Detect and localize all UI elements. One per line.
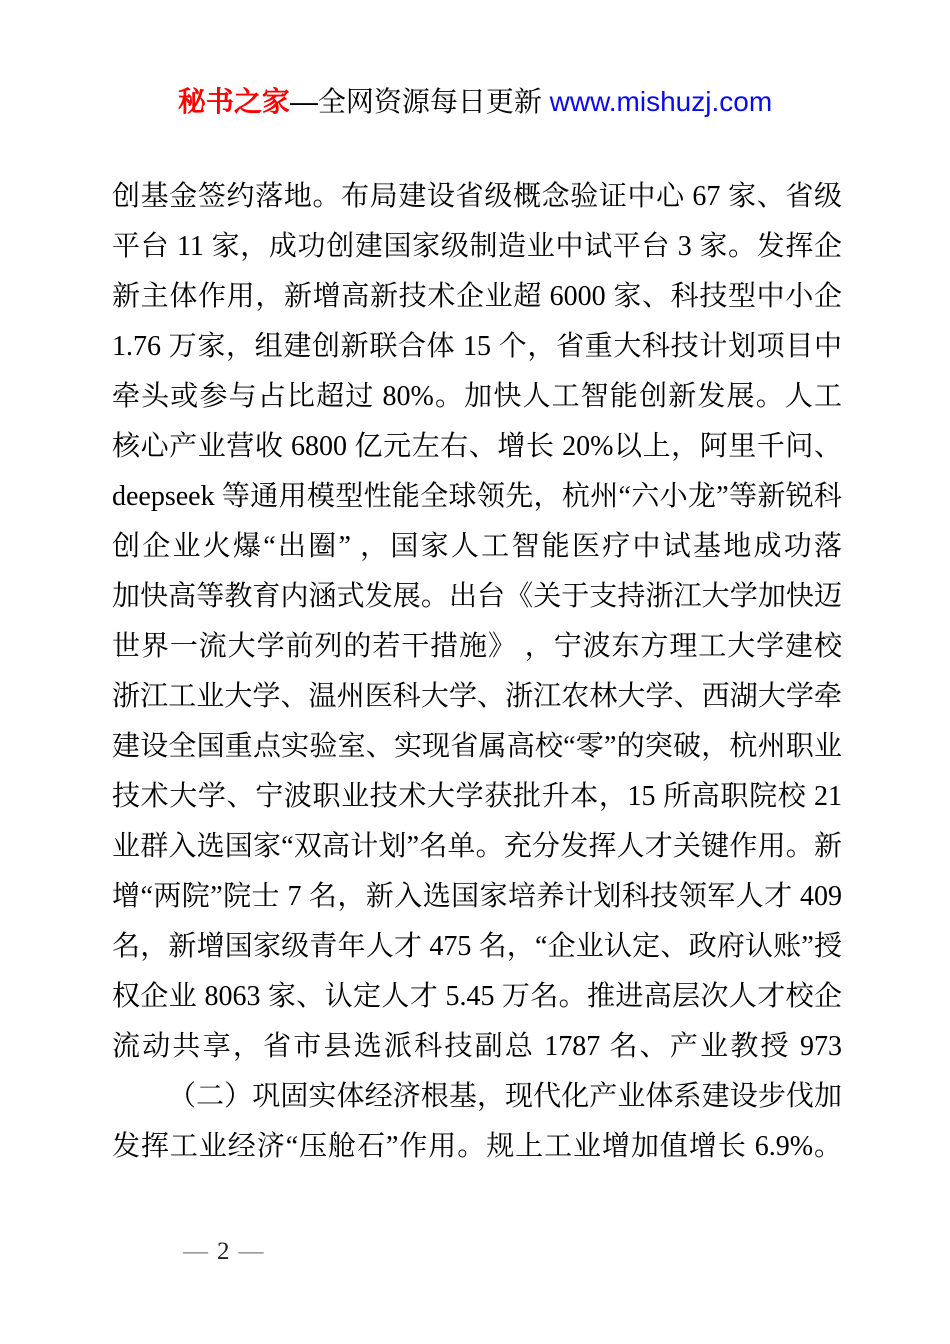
document-page: 秘书之家—全网资源每日更新 www.mishuzj.com 创基金签约落地。布局…	[0, 0, 950, 1344]
body-text-line: 加快高等教育内涵式发展。出台《关于支持浙江大学加快迈向	[112, 572, 842, 622]
body-text-line: 业群入选国家“双高计划”名单。充分发挥人才关键作用。新	[112, 822, 842, 872]
body-text-line: 1.76 万家，组建创新联合体 15 个，省重大科技计划项目中企业	[112, 322, 842, 372]
body-text-line: 核心产业营收 6800 亿元左右、增长 20%以上，阿里千问、	[112, 422, 842, 472]
body-text-line: 建设全国重点实验室、实现省属高校“零”的突破，杭州职业	[112, 722, 842, 772]
body-text-line: 浙江工业大学、温州医科大学、浙江农林大学、西湖大学牵头	[112, 672, 842, 722]
body-text-line: 增“两院”院士 7 名，新入选国家培养计划科技领军人才 409	[112, 872, 842, 922]
page-number-right-dash: —	[234, 1238, 269, 1265]
body-text-line: 牵头或参与占比超过 80%。加快人工智能创新发展。人工智能	[112, 372, 842, 422]
page-number-left-dash: —	[178, 1238, 213, 1265]
body-text-line: 创企业火爆“出圈” ，国家人工智能医疗中试基地成功落地。	[112, 522, 842, 572]
body-text-line: 创基金签约落地。布局建设省级概念验证中心 67 家、省级中试	[112, 172, 842, 222]
header-separator: —	[290, 86, 318, 117]
page-number-value: 2	[213, 1238, 234, 1265]
body-text-line: deepseek 等通用模型性能全球领先，杭州“六小龙”等新锐科	[112, 472, 842, 522]
site-tagline: 全网资源每日更新	[318, 86, 542, 117]
body-text-line: 权企业 8063 家、认定人才 5.45 万名。推进高层次人才校企有序	[112, 972, 842, 1022]
body-text-line: （二）巩固实体经济根基，现代化产业体系建设步伐加快	[112, 1072, 842, 1122]
site-brand: 秘书之家	[178, 86, 290, 117]
body-text-line: 新主体作用，新增高新技术企业超 6000 家、科技型中小企业	[112, 272, 842, 322]
body-text-line: 名，新增国家级青年人才 475 名，“企业认定、政府认账”授	[112, 922, 842, 972]
body-text-line: 发挥工业经济“压舱石”作用。规上工业增加值增长 6.9%。企	[112, 1122, 842, 1172]
site-url-link[interactable]: www.mishuzj.com	[550, 86, 772, 117]
body-text-line: 技术大学、宁波职业技术大学获批升本，15 所高职院校 21 个专	[112, 772, 842, 822]
body-text-line: 世界一流大学前列的若干措施》 ，宁波东方理工大学建校招生，	[112, 622, 842, 672]
document-body: 创基金签约落地。布局建设省级概念验证中心 67 家、省级中试平台 11 家，成功…	[112, 172, 842, 1172]
site-header: 秘书之家—全网资源每日更新 www.mishuzj.com	[0, 84, 950, 120]
body-text-line: 平台 11 家，成功创建国家级制造业中试平台 3 家。发挥企业创	[112, 222, 842, 272]
page-number: —2—	[178, 1236, 269, 1268]
body-text-line: 流动共享，省市县选派科技副总 1787 名、产业教授 973 名。	[112, 1022, 842, 1072]
